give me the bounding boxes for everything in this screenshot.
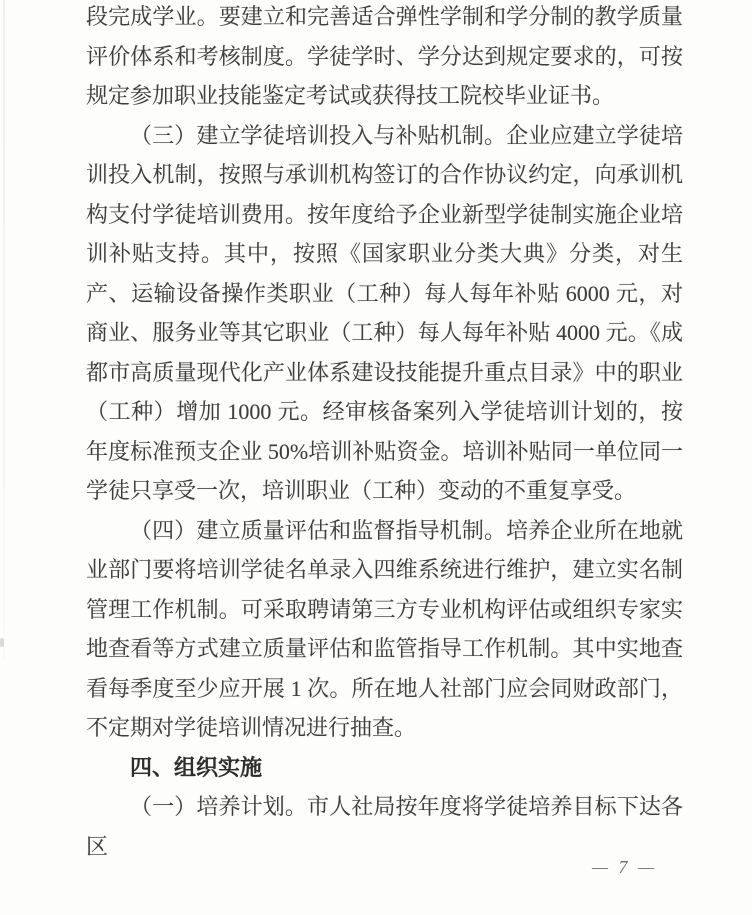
document-text-block: 段完成学业。要建立和完善适合弹性学制和学分制的教学质量评价体系和考核制度。学徒学…	[86, 0, 683, 866]
scan-edge-artifact	[3, 0, 5, 660]
section-heading-implementation: 四、组织实施	[86, 748, 683, 788]
paragraph-section-4-quality-evaluation: （四）建立质量评估和监督指导机制。培养企业所在地就业部门要将培训学徒名单录入四维…	[86, 511, 683, 748]
page-number: — 7 —	[592, 855, 682, 879]
paragraph-continuation: 段完成学业。要建立和完善适合弹性学制和学分制的教学质量评价体系和考核制度。学徒学…	[86, 0, 683, 116]
scan-edge-mark	[0, 638, 4, 647]
scanned-document-page: 段完成学业。要建立和完善适合弹性学制和学分制的教学质量评价体系和考核制度。学徒学…	[0, 0, 752, 915]
paragraph-section-3-subsidy-mechanism: （三）建立学徒培训投入与补贴机制。企业应建立学徒培训投入机制，按照与承训机构签订…	[86, 116, 683, 511]
